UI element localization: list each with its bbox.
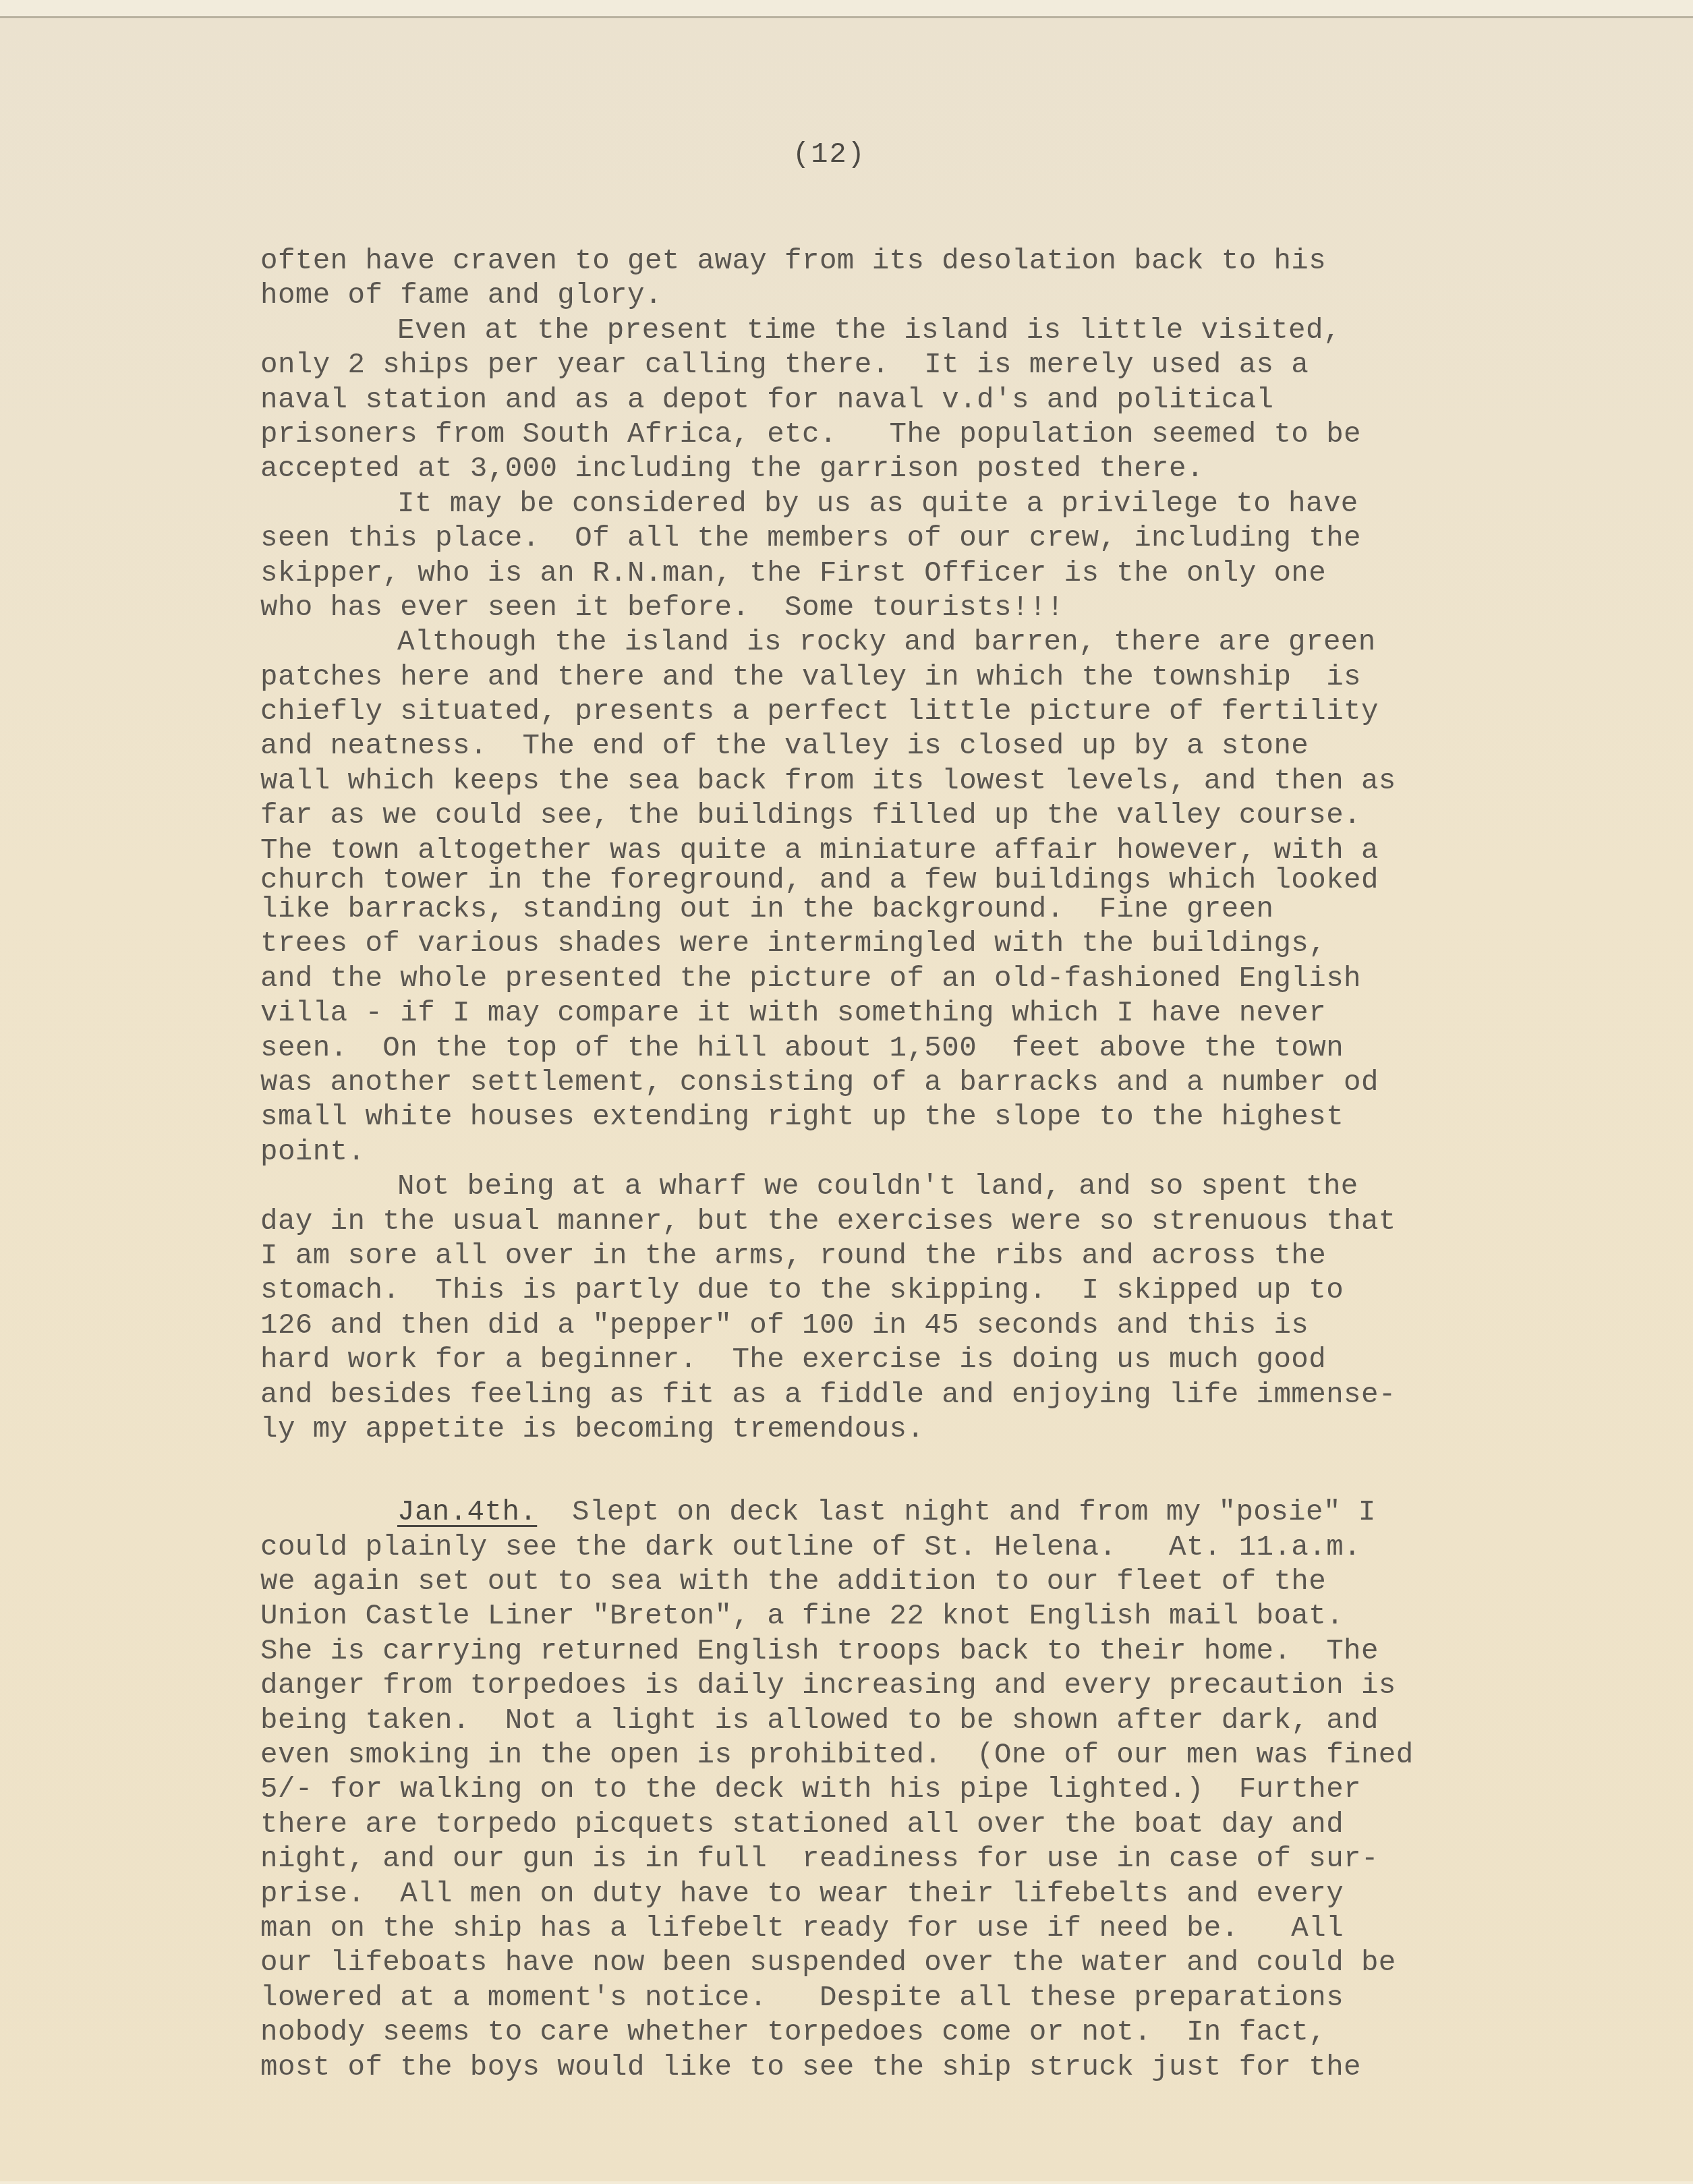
entry-spacer: [260, 1447, 1609, 1495]
text-line: could plainly see the dark outline of St…: [260, 1530, 1609, 1565]
text-line: wall which keeps the sea back from its l…: [260, 764, 1609, 799]
text-line: seen. On the top of the hill about 1,500…: [260, 1031, 1609, 1066]
text-line: night, and our gun is in full readiness …: [260, 1842, 1609, 1876]
text-line: 126 and then did a "pepper" of 100 in 45…: [260, 1309, 1609, 1343]
text-line: villa - if I may compare it with somethi…: [260, 996, 1609, 1031]
text-line: far as we could see, the buildings fille…: [260, 799, 1609, 833]
text-line: was another settlement, consisting of a …: [260, 1066, 1609, 1100]
diary-entry-first-line: Jan.4th. Slept on deck last night and fr…: [260, 1495, 1609, 1530]
text-line: and the whole presented the picture of a…: [260, 962, 1609, 996]
text-line: we again set out to sea with the additio…: [260, 1565, 1609, 1599]
text-line: danger from torpedoes is daily increasin…: [260, 1669, 1609, 1703]
scan-bottom-margin: [0, 2181, 1693, 2184]
text-line: seen this place. Of all the members of o…: [260, 521, 1609, 556]
text-line: patches here and there and the valley in…: [260, 660, 1609, 695]
text-line: like barracks, standing out in the backg…: [260, 892, 1609, 927]
text-line: our lifeboats have now been suspended ov…: [260, 1946, 1609, 1980]
text-line: hard work for a beginner. The exercise i…: [260, 1343, 1609, 1377]
text-line: church tower in the foreground, and a fe…: [260, 868, 1609, 892]
text-line: naval station and as a depot for naval v…: [260, 383, 1609, 418]
text-line: even smoking in the open is prohibited. …: [260, 1738, 1609, 1773]
text-line: and neatness. The end of the valley is c…: [260, 729, 1609, 764]
text-line: accepted at 3,000 including the garrison…: [260, 452, 1609, 486]
text-line: trees of various shades were intermingle…: [260, 927, 1609, 961]
text-line: who has ever seen it before. Some touris…: [260, 591, 1609, 625]
text-line: stomach. This is partly due to the skipp…: [260, 1273, 1609, 1308]
text-line: chiefly situated, presents a perfect lit…: [260, 695, 1609, 729]
text-line: being taken. Not a light is allowed to b…: [260, 1704, 1609, 1738]
text-line: nobody seems to care whether torpedoes c…: [260, 2015, 1609, 2050]
text-line: Although the island is rocky and barren,…: [260, 625, 1609, 660]
text-line: 5/- for walking on to the deck with his …: [260, 1773, 1609, 1807]
text-line: lowered at a moment's notice. Despite al…: [260, 1981, 1609, 2015]
text-line: ly my appetite is becoming tremendous.: [260, 1412, 1609, 1447]
page-body: often have craven to get away from its d…: [260, 244, 1609, 2085]
text-line: I am sore all over in the arms, round th…: [260, 1239, 1609, 1273]
page-number: (12): [793, 138, 866, 171]
text-line: and besides feeling as fit as a fiddle a…: [260, 1378, 1609, 1412]
text-line: there are torpedo picquets stationed all…: [260, 1808, 1609, 1842]
text-line: only 2 ships per year calling there. It …: [260, 348, 1609, 382]
text-line: Even at the present time the island is l…: [260, 314, 1609, 348]
text-line: prise. All men on duty have to wear thei…: [260, 1877, 1609, 1912]
text-line: It may be considered by us as quite a pr…: [260, 487, 1609, 521]
text-line: prisoners from South Africa, etc. The po…: [260, 418, 1609, 452]
text-line: skipper, who is an R.N.man, the First Of…: [260, 556, 1609, 591]
text-line: She is carrying returned English troops …: [260, 1634, 1609, 1669]
scan-top-margin: [0, 0, 1693, 18]
text-line: The town altogether was quite a miniatur…: [260, 834, 1609, 868]
entry-date-heading: Jan.4th.: [397, 1496, 537, 1528]
text-line: Union Castle Liner "Breton", a fine 22 k…: [260, 1599, 1609, 1634]
text-line: often have craven to get away from its d…: [260, 244, 1609, 279]
text-line: most of the boys would like to see the s…: [260, 2050, 1609, 2085]
text-line: small white houses extending right up th…: [260, 1100, 1609, 1134]
text-line: Not being at a wharf we couldn't land, a…: [260, 1170, 1609, 1204]
text-line: man on the ship has a lifebelt ready for…: [260, 1912, 1609, 1946]
text-line: home of fame and glory.: [260, 279, 1609, 313]
text-line: point.: [260, 1135, 1609, 1170]
text-line: day in the usual manner, but the exercis…: [260, 1205, 1609, 1239]
